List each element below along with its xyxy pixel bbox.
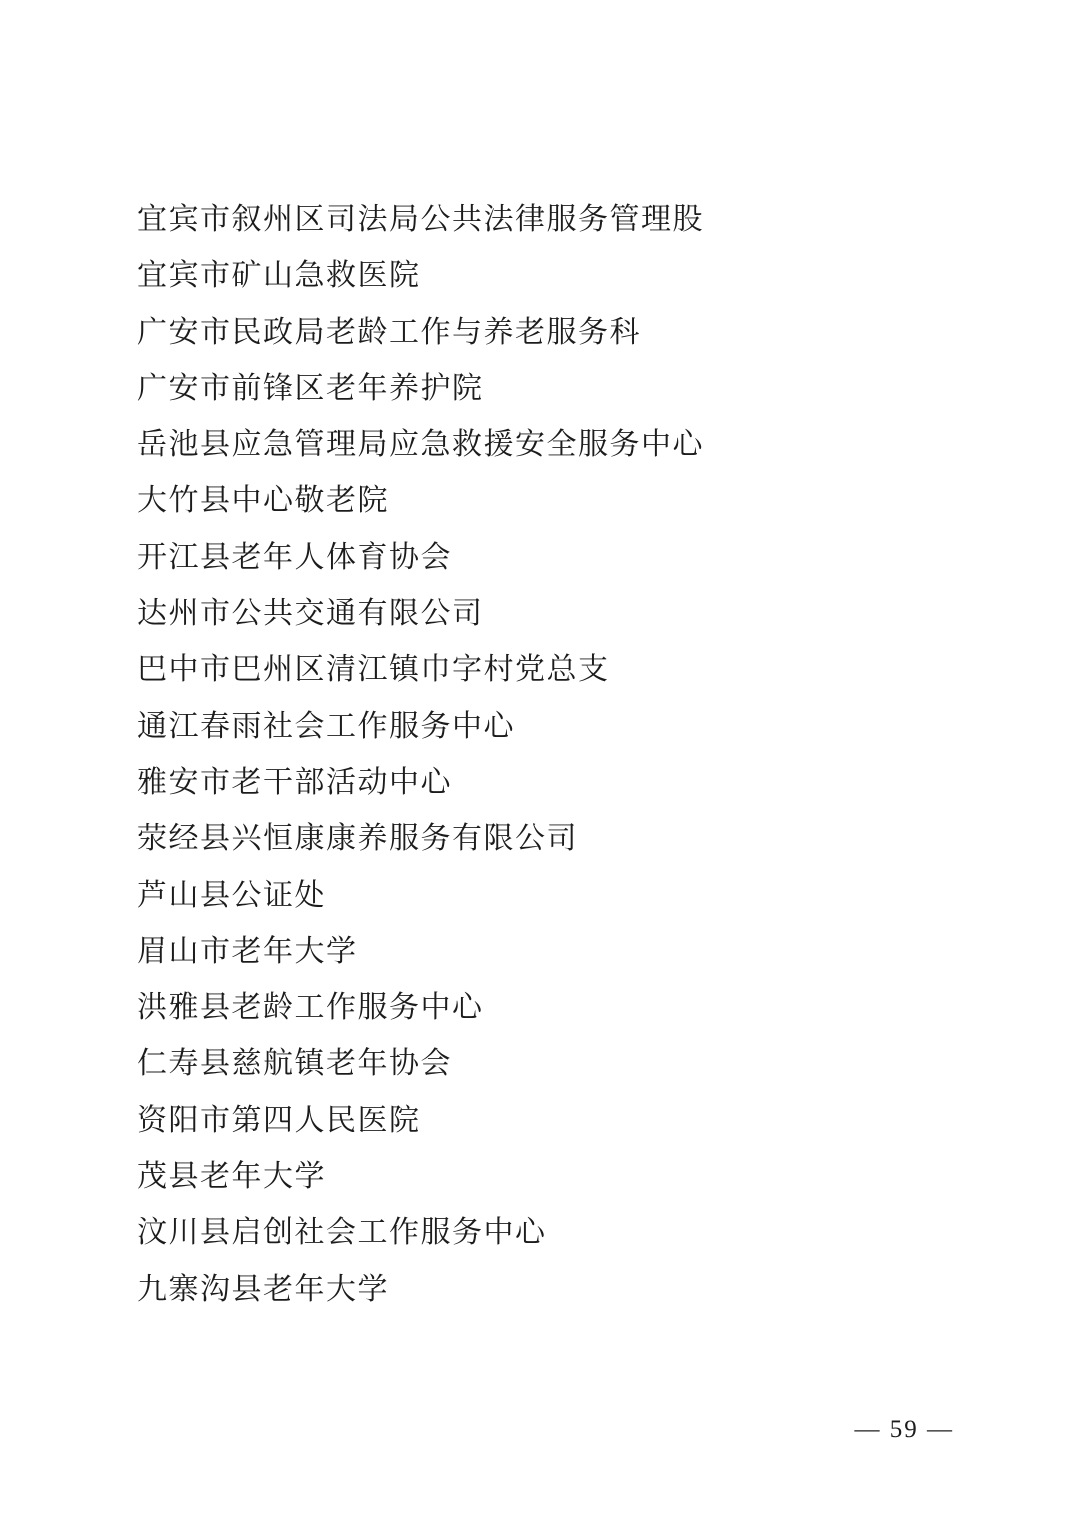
org-name-line: 茂县老年大学	[137, 1149, 1017, 1205]
org-name-line: 九寨沟县老年大学	[137, 1262, 1017, 1318]
org-name-line: 广安市前锋区老年养护院	[137, 361, 1017, 417]
organization-list: 宜宾市叙州区司法局公共法律服务管理股 宜宾市矿山急救医院 广安市民政局老龄工作与…	[137, 192, 1017, 1318]
org-name-line: 汶川县启创社会工作服务中心	[137, 1205, 1017, 1261]
org-name-line: 开江县老年人体育协会	[137, 530, 1017, 586]
org-name-line: 大竹县中心敬老院	[137, 473, 1017, 529]
document-page: 宜宾市叙州区司法局公共法律服务管理股 宜宾市矿山急救医院 广安市民政局老龄工作与…	[0, 0, 1080, 1527]
org-name-line: 岳池县应急管理局应急救援安全服务中心	[137, 417, 1017, 473]
org-name-line: 巴中市巴州区清江镇巾字村党总支	[137, 642, 1017, 698]
org-name-line: 通江春雨社会工作服务中心	[137, 699, 1017, 755]
org-name-line: 宜宾市矿山急救医院	[137, 248, 1017, 304]
org-name-line: 荥经县兴恒康康养服务有限公司	[137, 811, 1017, 867]
org-name-line: 雅安市老干部活动中心	[137, 755, 1017, 811]
org-name-line: 仁寿县慈航镇老年协会	[137, 1036, 1017, 1092]
page-number: — 59 —	[855, 1415, 955, 1445]
org-name-line: 达州市公共交通有限公司	[137, 586, 1017, 642]
org-name-line: 眉山市老年大学	[137, 924, 1017, 980]
org-name-line: 宜宾市叙州区司法局公共法律服务管理股	[137, 192, 1017, 248]
org-name-line: 洪雅县老龄工作服务中心	[137, 980, 1017, 1036]
org-name-line: 广安市民政局老龄工作与养老服务科	[137, 305, 1017, 361]
org-name-line: 芦山县公证处	[137, 868, 1017, 924]
org-name-line: 资阳市第四人民医院	[137, 1093, 1017, 1149]
